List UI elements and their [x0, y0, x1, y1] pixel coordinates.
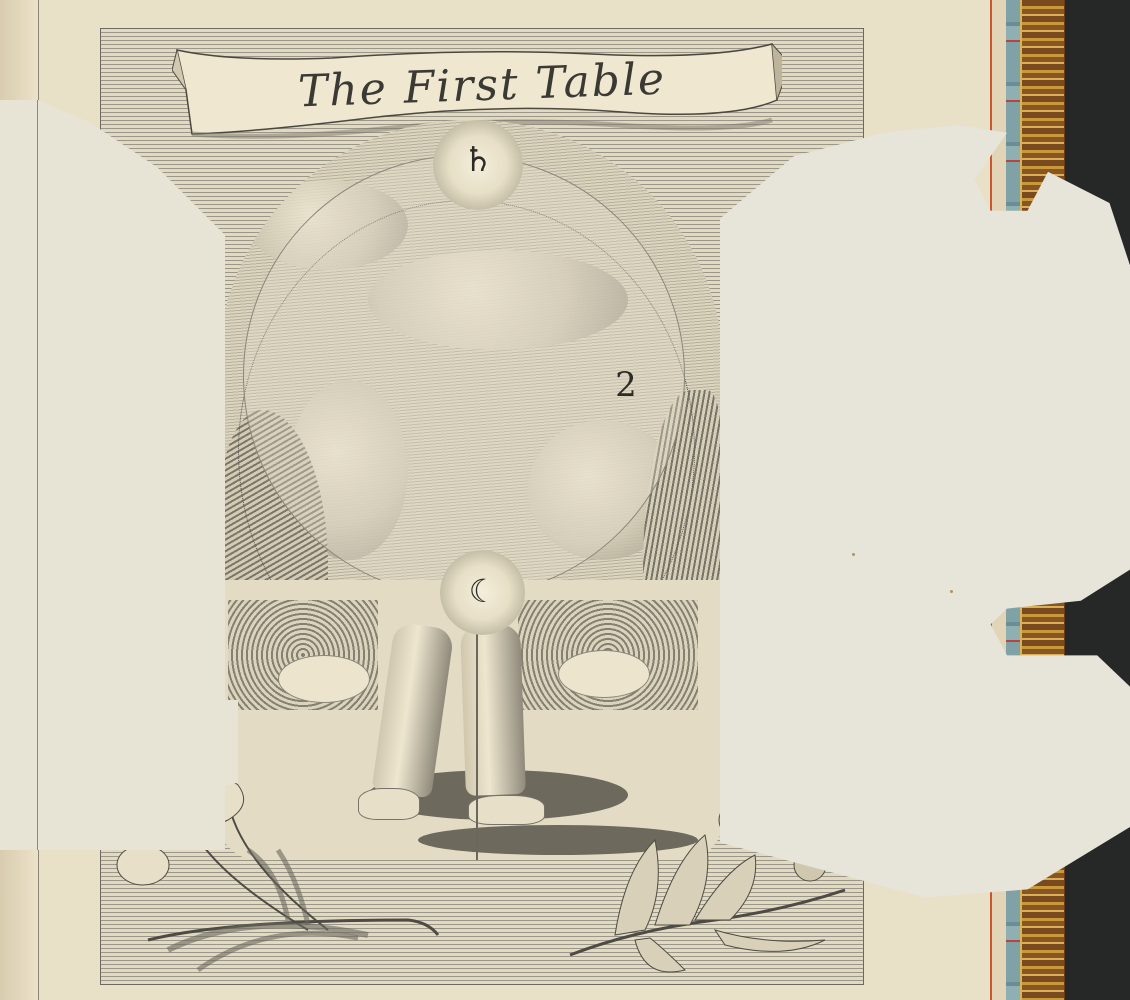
foxing-spot	[950, 590, 953, 593]
celestial-garden-scene: ♄ 2 ☾	[218, 120, 723, 860]
right-leg	[460, 624, 526, 796]
planet-number-label: 2	[606, 365, 646, 405]
left-flap-fold-line	[37, 100, 38, 850]
fountain	[558, 650, 650, 698]
title-banner: The First Table	[172, 40, 782, 130]
right-foot	[468, 795, 545, 825]
fountain	[278, 655, 370, 703]
saturn-symbol: ♄	[450, 140, 506, 180]
foxing-spot	[852, 553, 855, 556]
right-paper-flap[interactable]	[720, 125, 1130, 905]
moon-symbol: ☾	[458, 572, 508, 610]
